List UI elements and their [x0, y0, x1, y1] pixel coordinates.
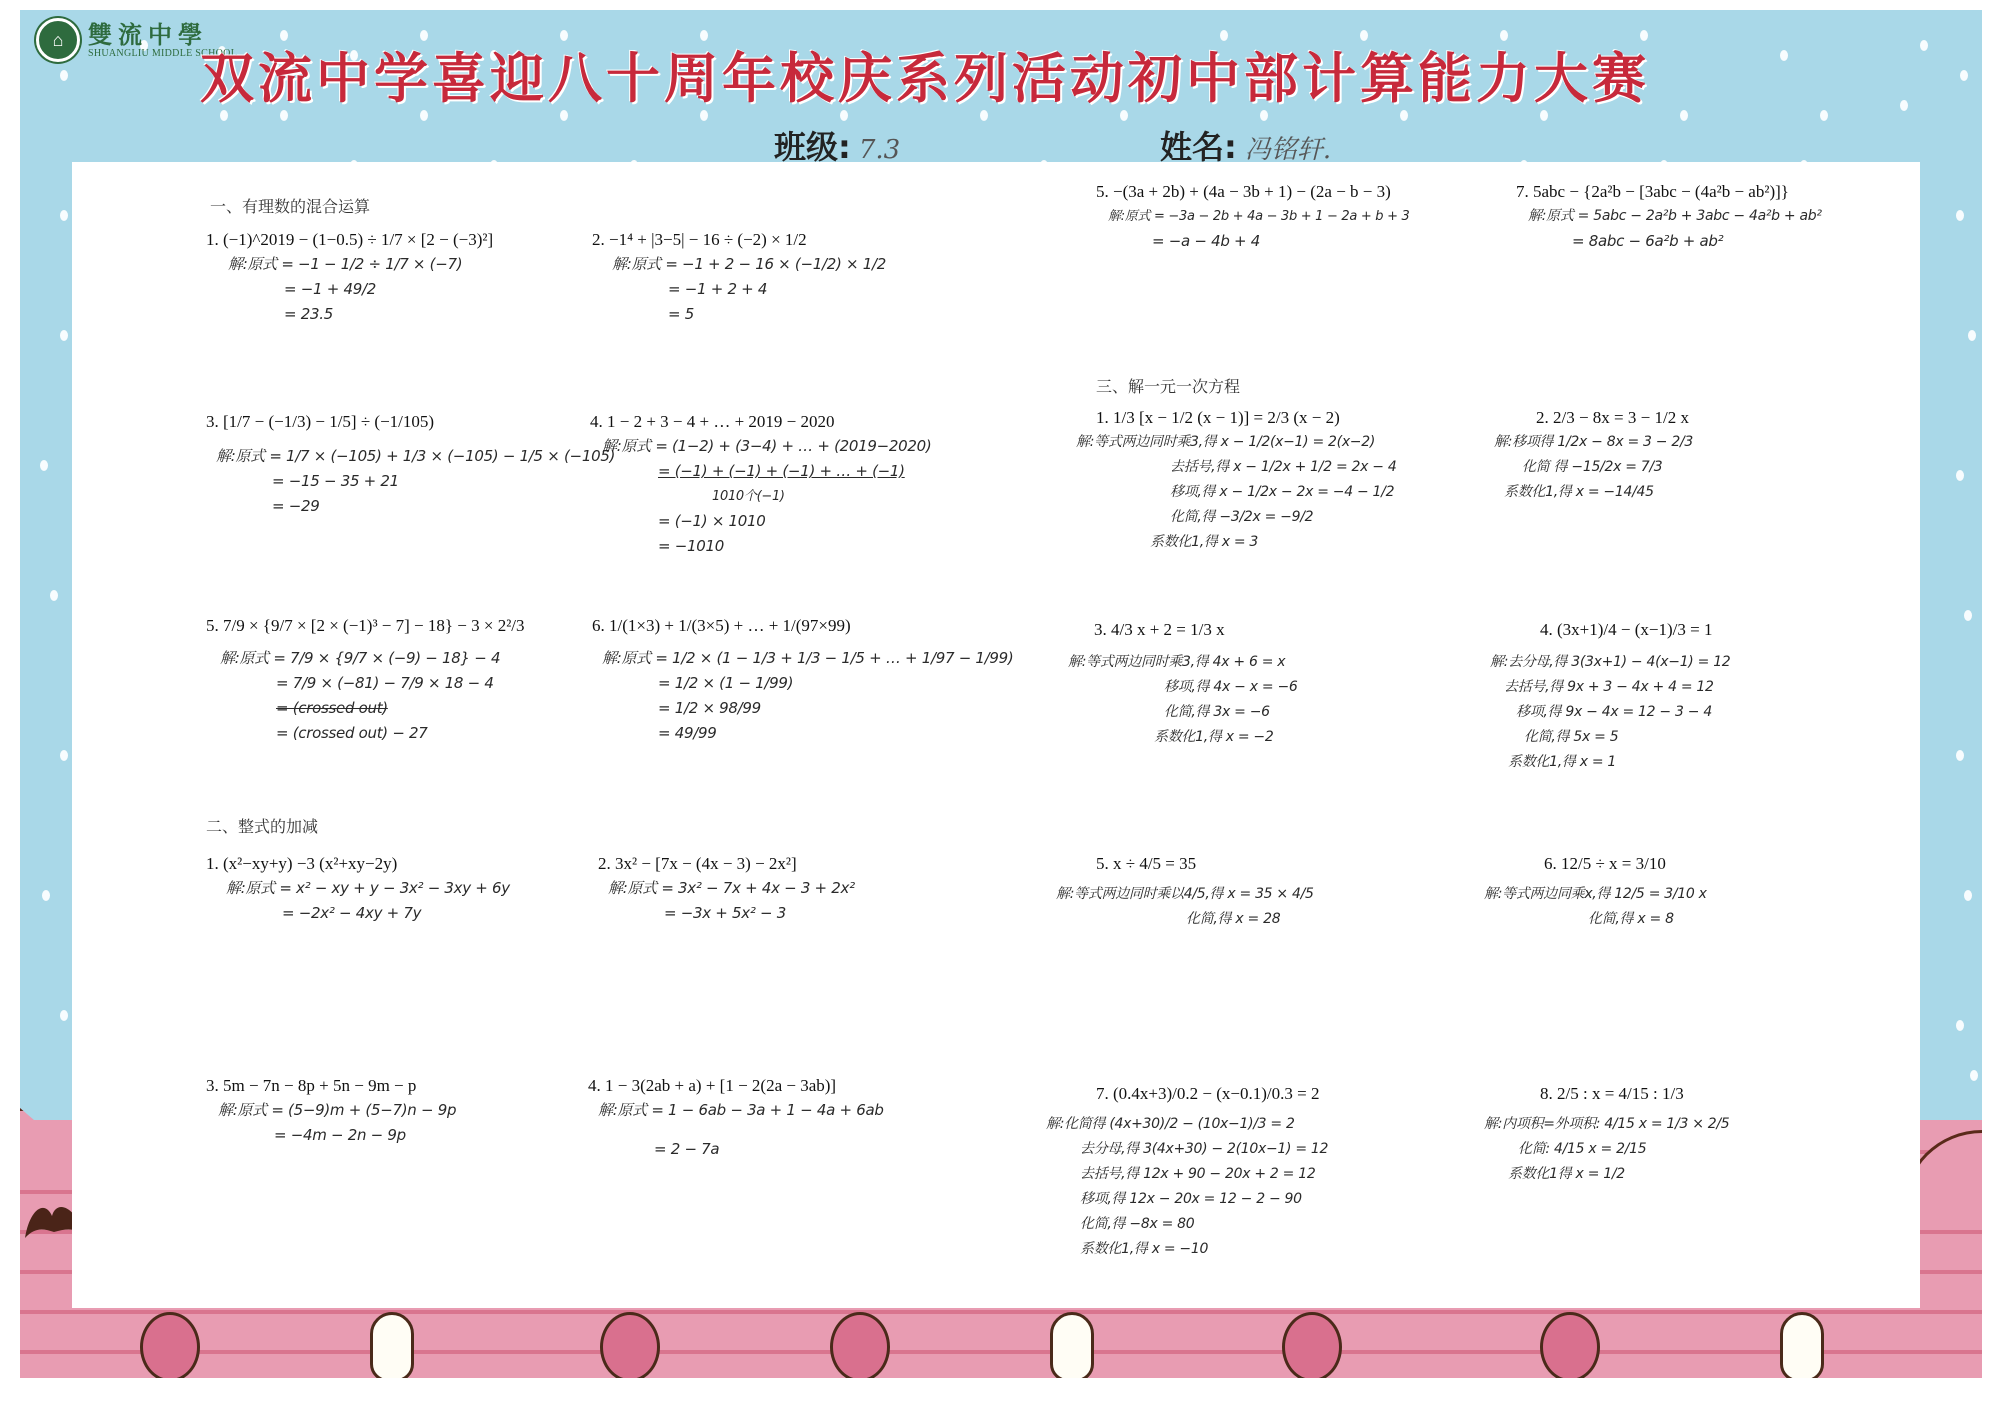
solution-line: 化简,得 3x = −6: [1068, 700, 1297, 725]
solution-line: 去括号,得 12x + 90 − 20x + 2 = 12: [1046, 1162, 1328, 1187]
problem-item: 3. 4/3 x + 2 = 1/3 x 解:等式两边同时乘3,得 4x + 6…: [1068, 618, 1297, 750]
solution-line: 解:等式两边同时乘以4/5,得 x = 35 × 4/5: [1056, 882, 1314, 907]
problem-question: 8. 2/5 : x = 4/15 : 1/3: [1484, 1082, 1729, 1106]
solution-line: 解:原式 = x² − xy + y − 3x² − 3xy + 6y: [226, 876, 510, 901]
page-title: 双流中学喜迎八十周年校庆系列活动初中部计算能力大赛: [200, 36, 1800, 113]
solution-line: = (crossed out) − 27: [220, 721, 525, 746]
pacman-character-icon: [1282, 1312, 1342, 1378]
solution-line: 解:原式 = 3x² − 7x + 4x − 3 + 2x²: [608, 876, 855, 901]
pacman-character-icon: [830, 1312, 890, 1378]
pacman-character-icon: [1540, 1312, 1600, 1378]
problem-question: 5. x ÷ 4/5 = 35: [1056, 852, 1314, 876]
problem-question: 3. 5m − 7n − 8p + 5n − 9m − p: [206, 1074, 456, 1098]
problem-item: 5. 7/9 × {9/7 × [2 × (−1)³ − 7] − 18} − …: [206, 614, 525, 746]
section-title: 三、解一元一次方程: [1096, 374, 1240, 397]
solution-line: = 49/99: [602, 721, 1013, 746]
problem-question: 7. (0.4x+3)/0.2 − (x−0.1)/0.3 = 2: [1046, 1082, 1328, 1106]
solution-line: 解:等式两边同时乘3,得 4x + 6 = x: [1068, 650, 1297, 675]
solution-line: 系数化1,得 x = −10: [1046, 1237, 1328, 1262]
solution-line: = −1 + 49/2: [228, 277, 493, 302]
solution-line: 解:原式 = (1−2) + (3−4) + … + (2019−2020): [602, 434, 931, 459]
problem-question: 1. (−1)^2019 − (1−0.5) ÷ 1/7 × [2 − (−3)…: [206, 228, 493, 252]
problem-item: 5. −(3a + 2b) + (4a − 3b + 1) − (2a − b …: [1096, 180, 1409, 254]
problem-item: 6. 1/(1×3) + 1/(3×5) + … + 1/(97×99) 解:原…: [592, 614, 1013, 746]
solution-line: 化简 得 −15/2x = 7/3: [1494, 455, 1693, 480]
problem-question: 4. 1 − 2 + 3 − 4 + … + 2019 − 2020: [590, 410, 931, 434]
solution-line: 解:原式 = −1 − 1/2 ÷ 1/7 × (−7): [228, 252, 493, 277]
problem-question: 2. 3x² − [7x − (4x − 3) − 2x²]: [598, 852, 855, 876]
problem-item: 5. x ÷ 4/5 = 35 解:等式两边同时乘以4/5,得 x = 35 ×…: [1056, 852, 1314, 932]
solution-line: 化简,得 −3/2x = −9/2: [1076, 505, 1396, 530]
problem-item: 6. 12/5 ÷ x = 3/10 解:等式两边同乘x,得 12/5 = 3/…: [1484, 852, 1707, 932]
solution-line: 解:原式 = 1 − 6ab − 3a + 1 − 4a + 6ab: [598, 1098, 884, 1123]
pacman-character-icon: [140, 1312, 200, 1378]
problem-question: 3. 4/3 x + 2 = 1/3 x: [1068, 618, 1297, 642]
problem-item: 4. 1 − 2 + 3 − 4 + … + 2019 − 2020 解:原式 …: [590, 410, 931, 559]
problem-question: 7. 5abc − {2a²b − [3abc − (4a²b − ab²)]}: [1516, 180, 1822, 204]
problem-question: 2. −1⁴ + |3−5| − 16 ÷ (−2) × 1/2: [592, 228, 886, 252]
problem-question: 5. 7/9 × {9/7 × [2 × (−1)³ − 7] − 18} − …: [206, 614, 525, 638]
pacman-character-icon: [600, 1312, 660, 1378]
solution-line: = 7/9 × (−81) − 7/9 × 18 − 4: [220, 671, 525, 696]
problem-item: 4. 1 − 3(2ab + a) + [1 − 2(2a − 3ab)] 解:…: [588, 1074, 884, 1162]
solution-line: = 5: [612, 302, 886, 327]
problem-question: 5. −(3a + 2b) + (4a − 3b + 1) − (2a − b …: [1096, 180, 1409, 204]
solution-line: 移项,得 x − 1/2x − 2x = −4 − 1/2: [1076, 480, 1396, 505]
problem-question: 4. (3x+1)/4 − (x−1)/3 = 1: [1490, 618, 1730, 642]
solution-line: 解:去分母,得 3(3x+1) − 4(x−1) = 12: [1490, 650, 1730, 675]
problem-item: 1. (−1)^2019 − (1−0.5) ÷ 1/7 × [2 − (−3)…: [206, 228, 493, 327]
problem-item: 7. (0.4x+3)/0.2 − (x−0.1)/0.3 = 2 解:化简得 …: [1046, 1082, 1328, 1262]
solution-line: 解:原式 = −1 + 2 − 16 × (−1/2) × 1/2: [612, 252, 886, 277]
section-title: 一、有理数的混合运算: [210, 194, 370, 217]
solution-line: = 1/2 × 98/99: [602, 696, 1013, 721]
solution-line: = 2 − 7a: [598, 1137, 884, 1162]
solution-line: 化简,得 5x = 5: [1490, 725, 1730, 750]
problem-item: 8. 2/5 : x = 4/15 : 1/3 解:内项积=外项积: 4/15 …: [1484, 1082, 1729, 1187]
solution-line: = −a − 4b + 4: [1108, 229, 1409, 254]
solution-line: 去括号,得 x − 1/2x + 1/2 = 2x − 4: [1076, 455, 1396, 480]
solution-line: 解:等式两边同时乘3,得 x − 1/2(x−1) = 2(x−2): [1076, 430, 1396, 455]
solution-line: = (−1) + (−1) + (−1) + … + (−1): [602, 459, 931, 484]
solution-line: 解:化简得 (4x+30)/2 − (10x−1)/3 = 2: [1046, 1112, 1328, 1137]
solution-line: = 23.5: [228, 302, 493, 327]
brace-annotation: 1010个(−1): [602, 484, 931, 509]
bunny-character-icon: [370, 1312, 414, 1378]
solution-line: 移项,得 9x − 4x = 12 − 3 − 4: [1490, 700, 1730, 725]
solution-line: 移项,得 4x − x = −6: [1068, 675, 1297, 700]
solution-line: = 1/2 × (1 − 1/99): [602, 671, 1013, 696]
solution-line: = −15 − 35 + 21: [216, 469, 615, 494]
problem-item: 2. −1⁴ + |3−5| − 16 ÷ (−2) × 1/2 解:原式 = …: [592, 228, 886, 327]
solution-line: 解:原式 = 1/7 × (−105) + 1/3 × (−105) − 1/5…: [216, 444, 615, 469]
problem-item: 1. (x²−xy+y) −3 (x²+xy−2y) 解:原式 = x² − x…: [206, 852, 510, 926]
solution-line: 解:原式 = 1/2 × (1 − 1/3 + 1/3 − 1/5 + … + …: [602, 646, 1013, 671]
solution-line: 解:原式 = (5−9)m + (5−7)n − 9p: [218, 1098, 456, 1123]
solution-line: 系数化1,得 x = −2: [1068, 725, 1297, 750]
solution-line: 化简,得 x = 28: [1056, 907, 1314, 932]
solution-line: 解:等式两边同乘x,得 12/5 = 3/10 x: [1484, 882, 1707, 907]
solution-line: 系数化1,得 x = −14/45: [1494, 480, 1693, 505]
problem-item: 2. 3x² − [7x − (4x − 3) − 2x²] 解:原式 = 3x…: [598, 852, 855, 926]
solution-line: = −3x + 5x² − 3: [608, 901, 855, 926]
problem-question: 3. [1/7 − (−1/3) − 1/5] ÷ (−1/105): [206, 410, 615, 434]
crossed-out-line: = (crossed out): [220, 696, 525, 721]
school-emblem-icon: ⌂: [36, 18, 80, 62]
problem-item: 1. 1/3 [x − 1/2 (x − 1)] = 2/3 (x − 2) 解…: [1076, 406, 1396, 555]
section-title: 二、整式的加减: [206, 814, 318, 837]
problem-item: 3. 5m − 7n − 8p + 5n − 9m − p 解:原式 = (5−…: [206, 1074, 456, 1148]
problem-question: 4. 1 − 3(2ab + a) + [1 − 2(2a − 3ab)]: [588, 1074, 884, 1098]
problem-question: 2. 2/3 − 8x = 3 − 1/2 x: [1494, 406, 1693, 430]
solution-line: = −29: [216, 494, 615, 519]
problem-item: 7. 5abc − {2a²b − [3abc − (4a²b − ab²)]}…: [1516, 180, 1822, 254]
solution-line: 化简: 4/15 x = 2/15: [1484, 1137, 1729, 1162]
problem-item: 2. 2/3 − 8x = 3 − 1/2 x 解:移项得 1/2x − 8x …: [1494, 406, 1693, 505]
solution-line: 解:原式 = 5abc − 2a²b + 3abc − 4a²b + ab²: [1528, 204, 1822, 229]
problem-item: 3. [1/7 − (−1/3) − 1/5] ÷ (−1/105) 解:原式 …: [206, 410, 615, 519]
solution-line: = 8abc − 6a²b + ab²: [1528, 229, 1822, 254]
solution-line: = −1 + 2 + 4: [612, 277, 886, 302]
solution-line: = (−1) × 1010: [602, 509, 931, 534]
solution-line: = −1010: [602, 534, 931, 559]
problem-question: 1. 1/3 [x − 1/2 (x − 1)] = 2/3 (x − 2): [1076, 406, 1396, 430]
solution-line: 解:移项得 1/2x − 8x = 3 − 2/3: [1494, 430, 1693, 455]
solution-line: 移项,得 12x − 20x = 12 − 2 − 90: [1046, 1187, 1328, 1212]
class-value: 7.3: [859, 135, 900, 165]
solution-line: 解:原式 = 7/9 × {9/7 × (−9) − 18} − 4: [220, 646, 525, 671]
name-value: 冯铭轩.: [1245, 129, 1331, 166]
bunny-character-icon: [1050, 1312, 1094, 1378]
solution-line: 去括号,得 9x + 3 − 4x + 4 = 12: [1490, 675, 1730, 700]
solution-line: 解:原式 = −3a − 2b + 4a − 3b + 1 − 2a + b +…: [1108, 204, 1409, 229]
solution-line: = −4m − 2n − 9p: [218, 1123, 456, 1148]
problem-question: 6. 12/5 ÷ x = 3/10: [1484, 852, 1707, 876]
solution-line: 去分母,得 3(4x+30) − 2(10x−1) = 12: [1046, 1137, 1328, 1162]
solution-line: 系数化1得 x = 1/2: [1484, 1162, 1729, 1187]
bunny-character-icon: [1780, 1312, 1824, 1378]
solution-line: 系数化1,得 x = 1: [1490, 750, 1730, 775]
solution-line: 解:内项积=外项积: 4/15 x = 1/3 × 2/5: [1484, 1112, 1729, 1137]
solution-line: 化简,得 x = 8: [1484, 907, 1707, 932]
solution-line: 化简,得 −8x = 80: [1046, 1212, 1328, 1237]
solution-line: = −2x² − 4xy + 7y: [226, 901, 510, 926]
problem-item: 4. (3x+1)/4 − (x−1)/3 = 1 解:去分母,得 3(3x+1…: [1490, 618, 1730, 775]
problem-question: 1. (x²−xy+y) −3 (x²+xy−2y): [206, 852, 510, 876]
solution-line: 系数化1,得 x = 3: [1076, 530, 1396, 555]
problem-question: 6. 1/(1×3) + 1/(3×5) + … + 1/(97×99): [592, 614, 1013, 638]
